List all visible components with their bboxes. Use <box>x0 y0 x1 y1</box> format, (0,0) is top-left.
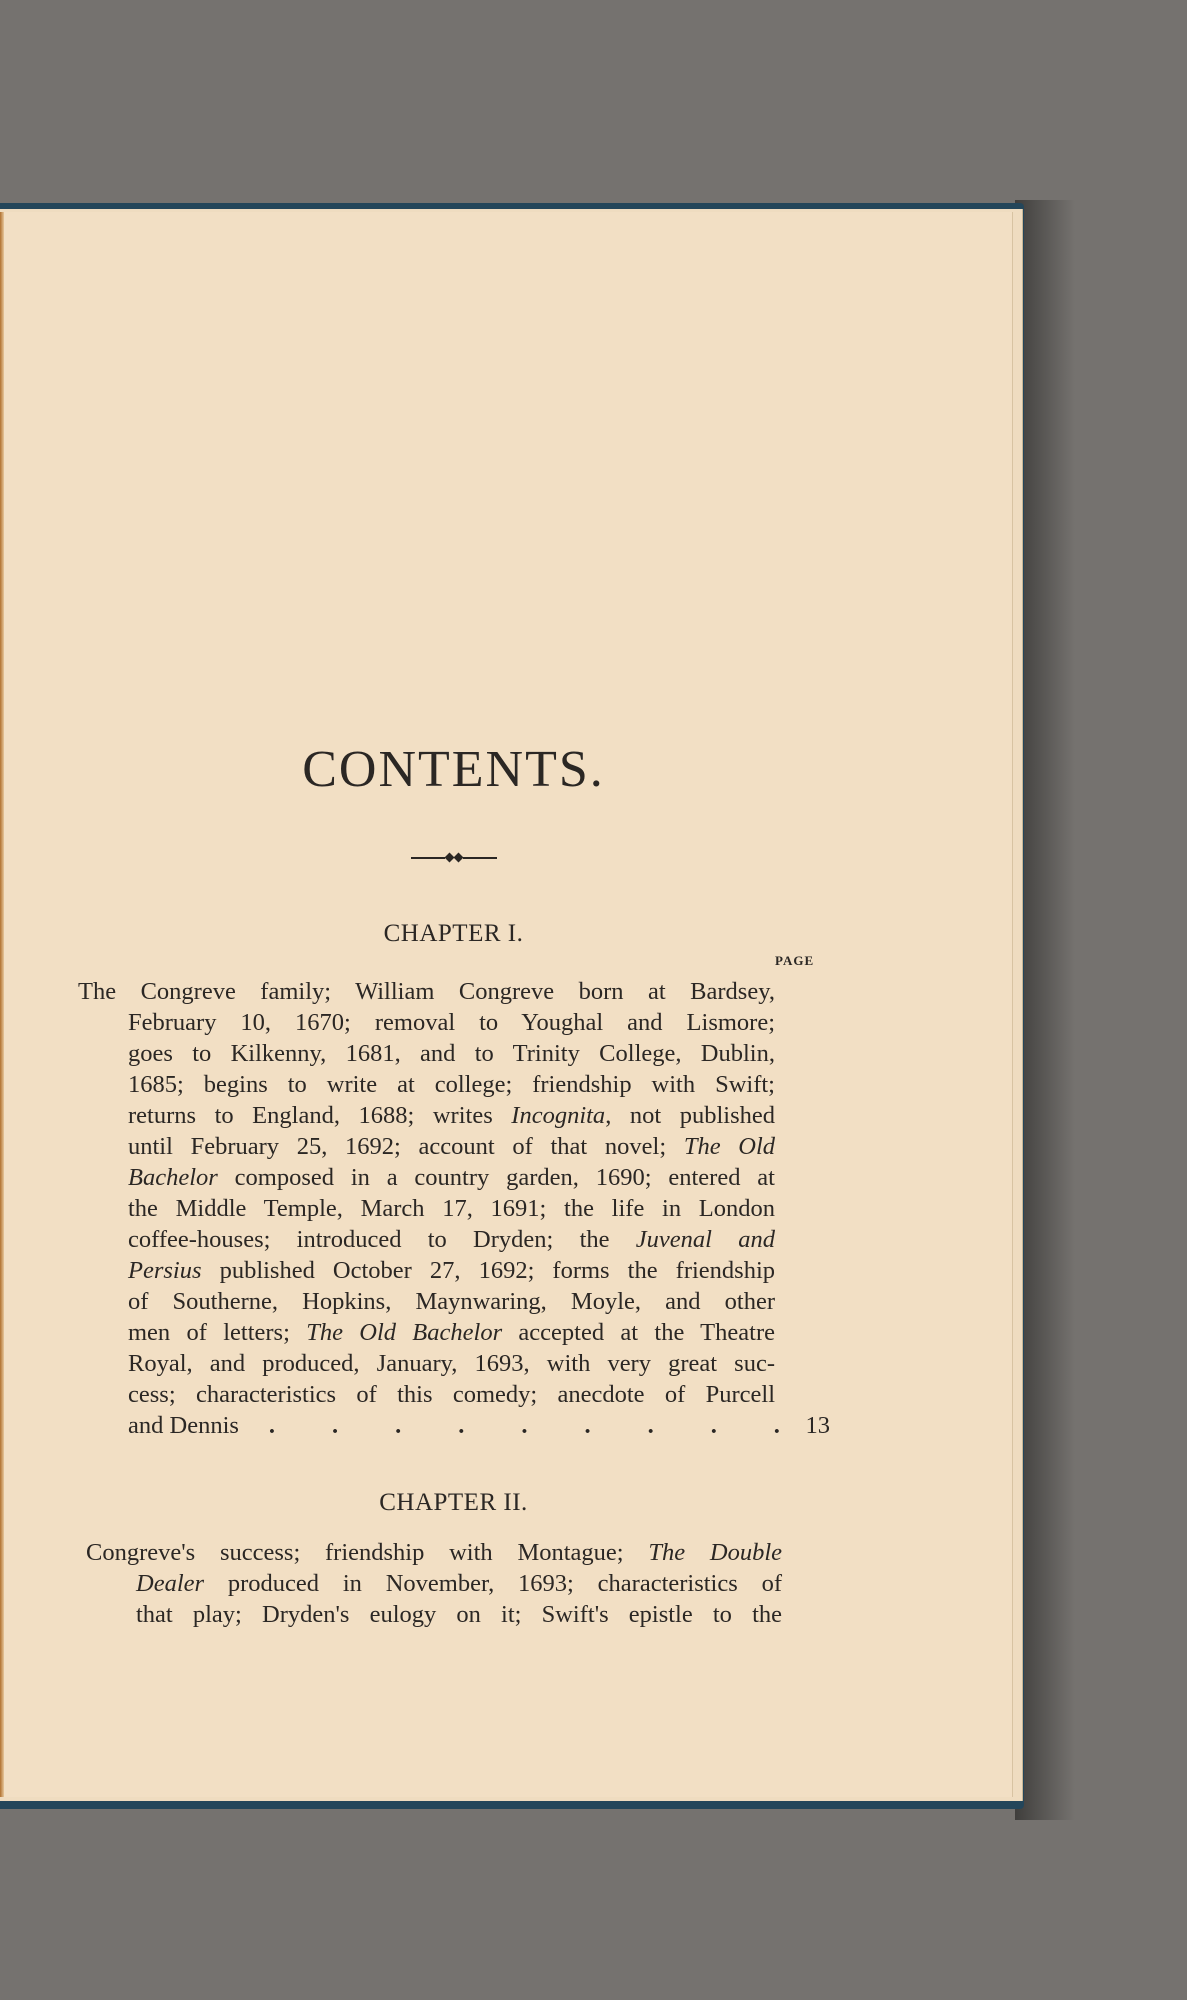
gutter-shadow <box>0 212 4 1797</box>
page-column-label: PAGE <box>775 953 814 969</box>
page-title: CONTENTS. <box>0 740 907 799</box>
summary-line: Dealer produced in November, 1693; chara… <box>136 1568 782 1599</box>
summary-line: returns to England, 1688; writes Incogni… <box>128 1100 775 1131</box>
summary-line: cess; characteristics of this comedy; an… <box>128 1379 775 1410</box>
summary-line: the Middle Temple, March 17, 1691; the l… <box>128 1193 775 1224</box>
summary-line: coffee-houses; introduced to Dryden; the… <box>128 1224 775 1255</box>
summary-line: goes to Kilkenny, 1681, and to Trinity C… <box>128 1038 775 1069</box>
contents-page: CONTENTS. CHAPTER I. PAGE The Congreve f… <box>0 212 1013 1797</box>
leader-dots: ......... <box>269 1410 780 1441</box>
summary-line: men of letters; The Old Bachelor accepte… <box>128 1317 775 1348</box>
chapter-1-heading: CHAPTER I. <box>0 920 907 948</box>
summary-line: that play; Dryden's eulogy on it; Swift'… <box>136 1599 782 1630</box>
summary-line: of Southerne, Hopkins, Maynwaring, Moyle… <box>128 1286 775 1317</box>
toc-leader-line: and Dennis.........13 <box>128 1410 775 1441</box>
page-number: 13 <box>790 1410 830 1441</box>
chapter-2-summary: Congreve's success; friendship with Mont… <box>86 1537 782 1630</box>
summary-line: Bachelor composed in a country garden, 1… <box>128 1162 775 1193</box>
summary-line: The Congreve family; William Congreve bo… <box>78 976 775 1007</box>
summary-line: until February 25, 1692; account of that… <box>128 1131 775 1162</box>
ornament-divider-icon <box>411 854 497 862</box>
book-shadow <box>1015 200 1075 1820</box>
chapter-1-summary: The Congreve family; William Congreve bo… <box>78 976 775 1441</box>
summary-line: February 10, 1670; removal to Youghal an… <box>128 1007 775 1038</box>
summary-line: 1685; begins to write at college; friend… <box>128 1069 775 1100</box>
summary-line: Persius published October 27, 1692; form… <box>128 1255 775 1286</box>
chapter-2-heading: CHAPTER II. <box>0 1489 907 1517</box>
summary-line: Royal, and produced, January, 1693, with… <box>128 1348 775 1379</box>
summary-line: Congreve's success; friendship with Mont… <box>86 1537 782 1568</box>
